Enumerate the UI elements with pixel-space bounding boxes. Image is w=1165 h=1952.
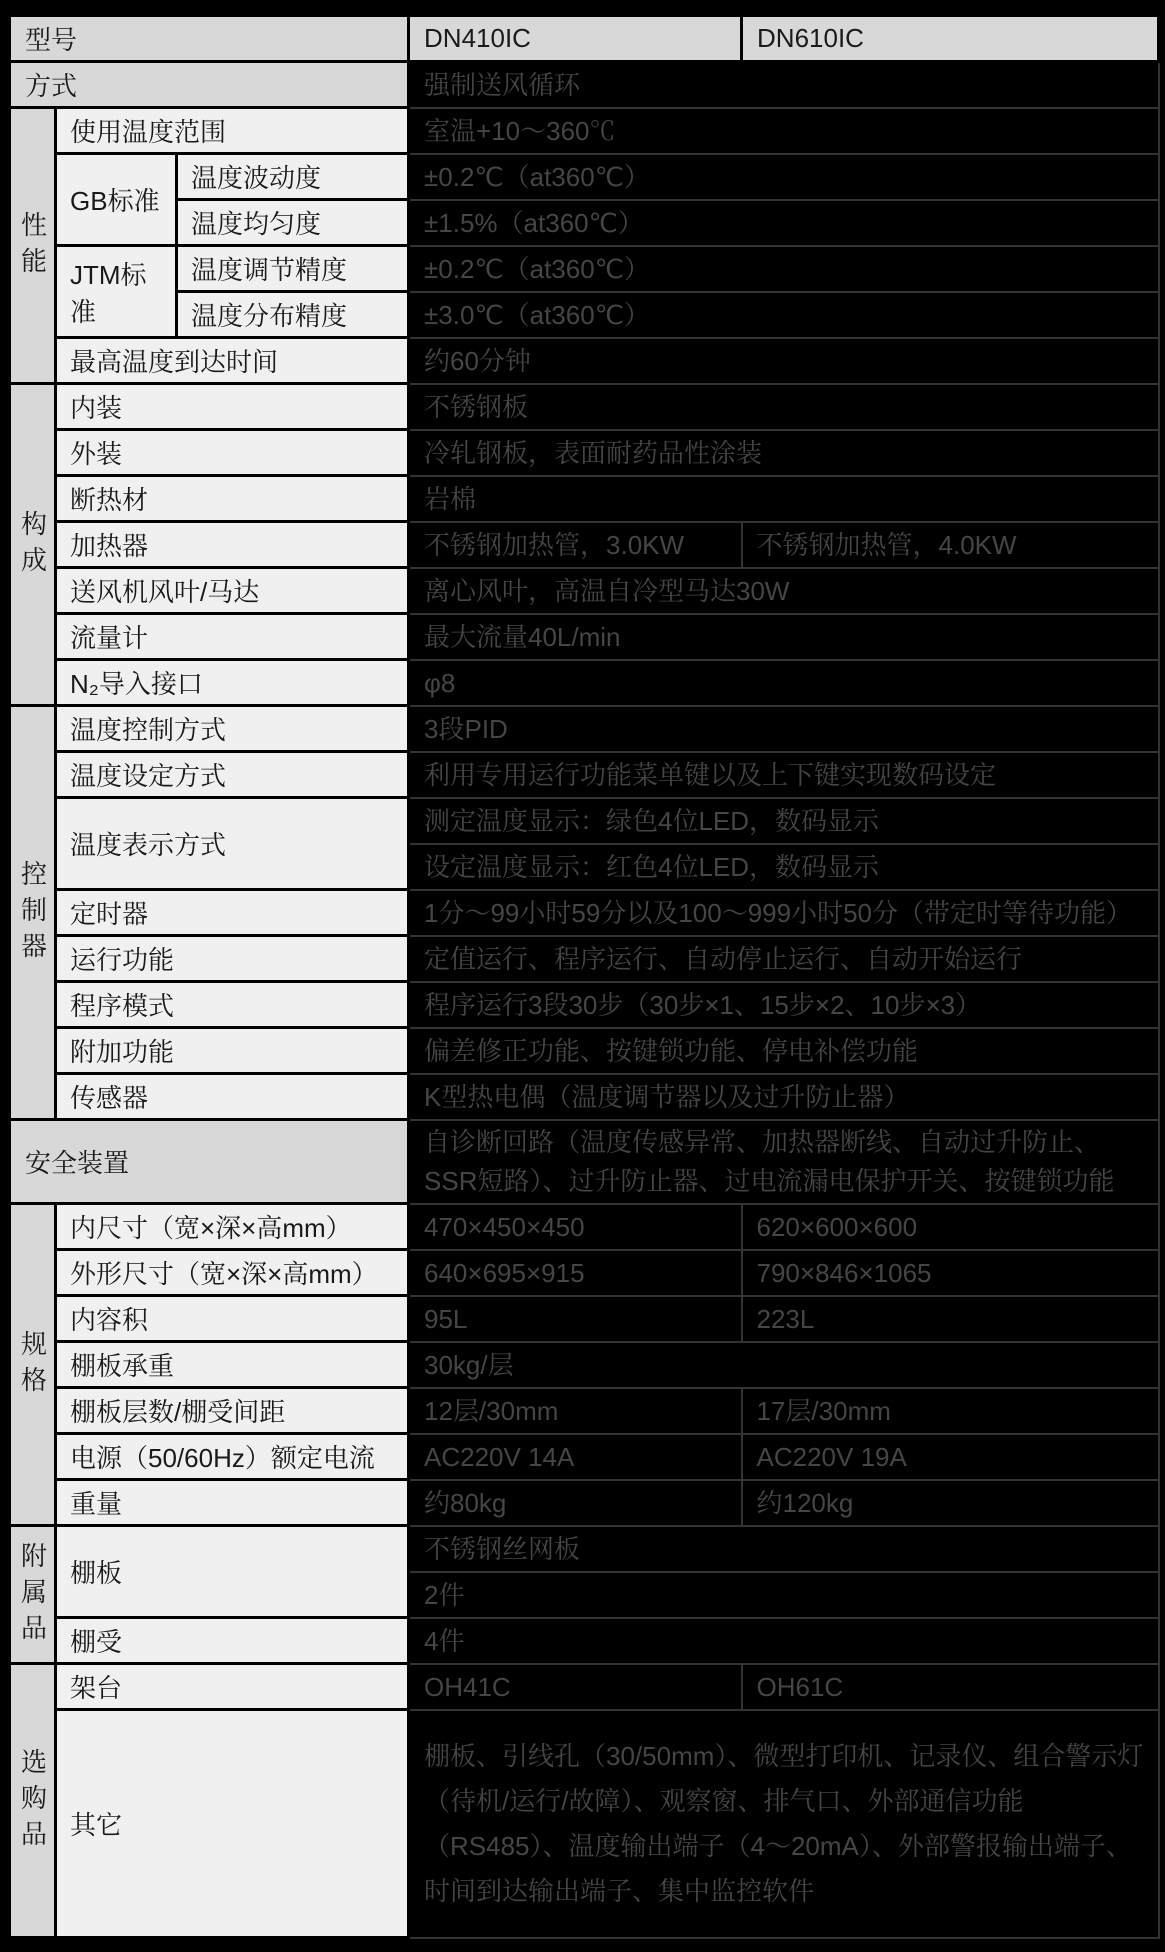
temp-uniformity-value: ±1.5%（at360℃） — [409, 200, 1159, 246]
inner-size-value-dn610ic: 620×600×600 — [742, 1204, 1159, 1250]
safety-label: 安全装置 — [10, 1120, 409, 1204]
mode-value: 强制送风循环 — [409, 62, 1159, 108]
model-b-header: DN610IC — [742, 16, 1159, 62]
shelf-load-value: 30kg/层 — [409, 1342, 1159, 1388]
sensor-label: 传感器 — [56, 1074, 409, 1120]
stand-label: 架台 — [56, 1664, 409, 1710]
fan-motor-value: 离心风叶，高温自冷型马达30W — [409, 568, 1159, 614]
volume-label: 内容积 — [56, 1296, 409, 1342]
sensor-value: K型热电偶（温度调节器以及过升防止器） — [409, 1074, 1159, 1120]
jtm-standard-label: JTM标准 — [56, 246, 177, 338]
n2-inlet-label: N₂导入接口 — [56, 660, 409, 706]
temp-uniformity-row: 温度均匀度 ±1.5%（at360℃） — [10, 200, 1159, 246]
volume-value-dn610ic: 223L — [742, 1296, 1159, 1342]
stand-value-dn410ic: OH41C — [409, 1664, 742, 1710]
temp-fluctuation-label: 温度波动度 — [177, 154, 409, 200]
exterior-label: 外装 — [56, 430, 409, 476]
flowmeter-label: 流量计 — [56, 614, 409, 660]
temp-setting-method-row: 温度设定方式 利用专用运行功能菜单键以及上下键实现数码设定 — [10, 752, 1159, 798]
temp-range-row: 性能 使用温度范围 室温+10～360℃ — [10, 108, 1159, 154]
shelf-count-value-dn610ic: 17层/30mm — [742, 1388, 1159, 1434]
temp-setting-method-value: 利用专用运行功能菜单键以及上下键实现数码设定 — [409, 752, 1159, 798]
controller-group-label: 控制器 — [20, 860, 46, 968]
shelf-count-row: 棚板层数/棚受间距 12层/30mm 17层/30mm — [10, 1388, 1159, 1434]
spec-group-cell: 规格 — [10, 1204, 56, 1526]
sensor-row: 传感器 K型热电偶（温度调节器以及过升防止器） — [10, 1074, 1159, 1120]
temp-control-method-value: 3段PID — [409, 706, 1159, 752]
safety-value: 自诊断回路（温度传感异常、加热器断线、自动过升防止、SSR短路）、过升防止器、过… — [409, 1120, 1159, 1204]
n2-inlet-value: φ8 — [409, 660, 1159, 706]
program-mode-value: 程序运行3段30步（30步×1、15步×2、10步×3） — [409, 982, 1159, 1028]
exterior-row: 外装 冷轧钢板，表面耐药品性涂装 — [10, 430, 1159, 476]
time-to-max-row: 最高温度到达时间 约60分钟 — [10, 338, 1159, 384]
interior-row: 构成 内装 不锈钢板 — [10, 384, 1159, 430]
exterior-value: 冷轧钢板，表面耐药品性涂装 — [409, 430, 1159, 476]
inner-size-row: 规格 内尺寸（宽×深×高mm） 470×450×450 620×600×600 — [10, 1204, 1159, 1250]
program-mode-label: 程序模式 — [56, 982, 409, 1028]
stand-row: 选购品 架台 OH41C OH61C — [10, 1664, 1159, 1710]
temp-display-method-label: 温度表示方式 — [56, 798, 409, 890]
interior-value: 不锈钢板 — [409, 384, 1159, 430]
performance-group-cell: 性能 — [10, 108, 56, 384]
timer-label: 定时器 — [56, 890, 409, 936]
shelf-qty-value: 2件 — [409, 1572, 1159, 1618]
shelf-support-label: 棚受 — [56, 1618, 409, 1664]
power-label: 电源（50/60Hz）额定电流 — [56, 1434, 409, 1480]
temp-display-measured-value: 测定温度显示：绿色4位LED，数码显示 — [409, 798, 1159, 844]
heater-value-dn410ic: 不锈钢加热管，3.0KW — [409, 522, 742, 568]
temp-range-value: 室温+10～360℃ — [409, 108, 1159, 154]
outer-size-label: 外形尺寸（宽×深×高mm） — [56, 1250, 409, 1296]
gb-standard-label: GB标准 — [56, 154, 177, 246]
volume-value-dn410ic: 95L — [409, 1296, 742, 1342]
others-value: 棚板、引线孔（30/50mm）、微型打印机、记录仪、组合警示灯（待机/运行/故障… — [409, 1710, 1159, 1938]
run-functions-value: 定值运行、程序运行、自动停止运行、自动开始运行 — [409, 936, 1159, 982]
outer-size-value-dn410ic: 640×695×915 — [409, 1250, 742, 1296]
heater-row: 加热器 不锈钢加热管，3.0KW 不锈钢加热管，4.0KW — [10, 522, 1159, 568]
time-to-max-label: 最高温度到达时间 — [56, 338, 409, 384]
volume-row: 内容积 95L 223L — [10, 1296, 1159, 1342]
weight-label: 重量 — [56, 1480, 409, 1526]
shelf-support-row: 棚受 4件 — [10, 1618, 1159, 1664]
temp-fluctuation-row: GB标准 温度波动度 ±0.2℃（at360℃） — [10, 154, 1159, 200]
heater-value-dn610ic: 不锈钢加热管，4.0KW — [742, 522, 1159, 568]
temp-adjust-accuracy-value: ±0.2℃（at360℃） — [409, 246, 1159, 292]
inner-size-label: 内尺寸（宽×深×高mm） — [56, 1204, 409, 1250]
accessories-group-label: 附属品 — [20, 1542, 46, 1650]
flowmeter-row: 流量计 最大流量40L/min — [10, 614, 1159, 660]
weight-value-dn610ic: 约120kg — [742, 1480, 1159, 1526]
stand-value-dn610ic: OH61C — [742, 1664, 1159, 1710]
shelf-material-row: 附属品 棚板 不锈钢丝网板 — [10, 1526, 1159, 1572]
outer-size-value-dn610ic: 790×846×1065 — [742, 1250, 1159, 1296]
performance-group-label: 性能 — [20, 211, 46, 283]
program-mode-row: 程序模式 程序运行3段30步（30步×1、15步×2、10步×3） — [10, 982, 1159, 1028]
spec-group-label: 规格 — [20, 1330, 46, 1402]
weight-value-dn410ic: 约80kg — [409, 1480, 742, 1526]
time-to-max-value: 约60分钟 — [409, 338, 1159, 384]
additional-functions-value: 偏差修正功能、按键锁功能、停电补偿功能 — [409, 1028, 1159, 1074]
timer-value: 1分～99小时59分以及100～999小时50分（带定时等待功能） — [409, 890, 1159, 936]
controller-group-cell: 控制器 — [10, 706, 56, 1120]
mode-label: 方式 — [10, 62, 409, 108]
model-a-header: DN410IC — [409, 16, 742, 62]
temp-control-method-row: 控制器 温度控制方式 3段PID — [10, 706, 1159, 752]
inner-size-value-dn410ic: 470×450×450 — [409, 1204, 742, 1250]
heater-label: 加热器 — [56, 522, 409, 568]
power-row: 电源（50/60Hz）额定电流 AC220V 14A AC220V 19A — [10, 1434, 1159, 1480]
shelf-material-value: 不锈钢丝网板 — [409, 1526, 1159, 1572]
options-group-cell: 选购品 — [10, 1664, 56, 1938]
temp-control-method-label: 温度控制方式 — [56, 706, 409, 752]
options-group-label: 选购品 — [20, 1748, 46, 1856]
shelf-support-value: 4件 — [409, 1618, 1159, 1664]
shelf-count-value-dn410ic: 12层/30mm — [409, 1388, 742, 1434]
insulation-value: 岩棉 — [409, 476, 1159, 522]
fan-motor-label: 送风机风叶/马达 — [56, 568, 409, 614]
run-functions-row: 运行功能 定值运行、程序运行、自动停止运行、自动开始运行 — [10, 936, 1159, 982]
insulation-label: 断热材 — [56, 476, 409, 522]
weight-row: 重量 约80kg 约120kg — [10, 1480, 1159, 1526]
spec-table: 型号 DN410IC DN610IC 方式 强制送风循环 性能 使用温度范围 室… — [8, 14, 1160, 1939]
run-functions-label: 运行功能 — [56, 936, 409, 982]
temp-adjust-accuracy-row: JTM标准 温度调节精度 ±0.2℃（at360℃） — [10, 246, 1159, 292]
construction-group-cell: 构成 — [10, 384, 56, 706]
model-row-label: 型号 — [10, 16, 409, 62]
shelf-load-row: 棚板承重 30kg/层 — [10, 1342, 1159, 1388]
outer-size-row: 外形尺寸（宽×深×高mm） 640×695×915 790×846×1065 — [10, 1250, 1159, 1296]
construction-group-label: 构成 — [20, 510, 46, 582]
shelf-count-label: 棚板层数/棚受间距 — [56, 1388, 409, 1434]
temp-display-set-value: 设定温度显示：红色4位LED，数码显示 — [409, 844, 1159, 890]
power-value-dn610ic: AC220V 19A — [742, 1434, 1159, 1480]
flowmeter-value: 最大流量40L/min — [409, 614, 1159, 660]
interior-label: 内装 — [56, 384, 409, 430]
power-value-dn410ic: AC220V 14A — [409, 1434, 742, 1480]
insulation-row: 断热材 岩棉 — [10, 476, 1159, 522]
temp-display-method-row-1: 温度表示方式 测定温度显示：绿色4位LED，数码显示 — [10, 798, 1159, 844]
safety-row: 安全装置 自诊断回路（温度传感异常、加热器断线、自动过升防止、SSR短路）、过升… — [10, 1120, 1159, 1204]
temp-fluctuation-value: ±0.2℃（at360℃） — [409, 154, 1159, 200]
temp-distribution-accuracy-label: 温度分布精度 — [177, 292, 409, 338]
shelf-label: 棚板 — [56, 1526, 409, 1618]
others-row: 其它 棚板、引线孔（30/50mm）、微型打印机、记录仪、组合警示灯（待机/运行… — [10, 1710, 1159, 1938]
temp-uniformity-label: 温度均匀度 — [177, 200, 409, 246]
temp-distribution-accuracy-value: ±3.0℃（at360℃） — [409, 292, 1159, 338]
n2-inlet-row: N₂导入接口 φ8 — [10, 660, 1159, 706]
temp-setting-method-label: 温度设定方式 — [56, 752, 409, 798]
accessories-group-cell: 附属品 — [10, 1526, 56, 1664]
model-row: 型号 DN410IC DN610IC — [10, 16, 1159, 62]
additional-functions-label: 附加功能 — [56, 1028, 409, 1074]
mode-row: 方式 强制送风循环 — [10, 62, 1159, 108]
temp-distribution-accuracy-row: 温度分布精度 ±3.0℃（at360℃） — [10, 292, 1159, 338]
shelf-load-label: 棚板承重 — [56, 1342, 409, 1388]
temp-adjust-accuracy-label: 温度调节精度 — [177, 246, 409, 292]
additional-functions-row: 附加功能 偏差修正功能、按键锁功能、停电补偿功能 — [10, 1028, 1159, 1074]
others-label: 其它 — [56, 1710, 409, 1938]
timer-row: 定时器 1分～99小时59分以及100～999小时50分（带定时等待功能） — [10, 890, 1159, 936]
fan-motor-row: 送风机风叶/马达 离心风叶，高温自冷型马达30W — [10, 568, 1159, 614]
temp-range-label: 使用温度范围 — [56, 108, 409, 154]
